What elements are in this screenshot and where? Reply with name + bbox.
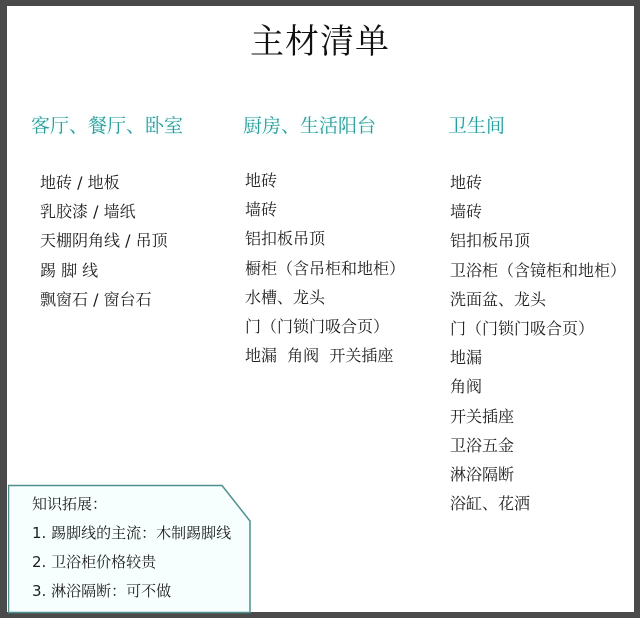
list-item: 开关插座 <box>450 402 626 431</box>
knowledge-callout: 知识拓展： 1. 踢脚线的主流：木制踢脚线 2. 卫浴柜价格较贵 3. 淋浴隔断… <box>8 484 252 612</box>
list-item: 踢 脚 线 <box>40 256 168 285</box>
list-item: 天棚阴角线 / 吊顶 <box>40 226 168 255</box>
list-item: 乳胶漆 / 墙纸 <box>40 197 168 226</box>
list-item: 铝扣板吊顶 <box>450 226 626 255</box>
column-list-kitchen-balcony: 地砖 墙砖 铝扣板吊顶 橱柜（含吊柜和地柜） 水槽、龙头 门（门锁门吸合页） 地… <box>245 166 405 370</box>
list-item: 角阀 <box>450 372 626 401</box>
list-item: 淋浴隔断 <box>450 460 626 489</box>
list-item: 铝扣板吊顶 <box>245 224 405 253</box>
page-title: 主材清单 <box>0 20 640 64</box>
list-item: 卫浴柜（含镜柜和地柜） <box>450 256 626 285</box>
knowledge-item: 2. 卫浴柜价格较贵 <box>32 548 231 577</box>
list-item: 洗面盆、龙头 <box>450 285 626 314</box>
knowledge-item: 3. 淋浴隔断：可不做 <box>32 577 231 606</box>
list-item: 卫浴五金 <box>450 431 626 460</box>
column-heading-living-dining-bedroom: 客厅、餐厅、卧室 <box>31 112 183 140</box>
knowledge-heading: 知识拓展： <box>32 490 231 519</box>
column-heading-kitchen-balcony: 厨房、生活阳台 <box>243 112 376 140</box>
list-item: 飘窗石 / 窗台石 <box>40 285 168 314</box>
list-item: 地砖 <box>245 166 405 195</box>
column-heading-bathroom: 卫生间 <box>448 112 505 140</box>
column-list-bathroom: 地砖 墙砖 铝扣板吊顶 卫浴柜（含镜柜和地柜） 洗面盆、龙头 门（门锁门吸合页）… <box>450 168 626 518</box>
list-item: 浴缸、花洒 <box>450 489 626 518</box>
list-item: 门（门锁门吸合页） <box>245 312 405 341</box>
column-list-living-dining-bedroom: 地砖 / 地板 乳胶漆 / 墙纸 天棚阴角线 / 吊顶 踢 脚 线 飘窗石 / … <box>40 168 168 314</box>
list-item: 门（门锁门吸合页） <box>450 314 626 343</box>
list-item: 墙砖 <box>245 195 405 224</box>
list-item: 橱柜（含吊柜和地柜） <box>245 254 405 283</box>
list-item: 地漏 <box>450 343 626 372</box>
list-item: 地漏 角阀 开关插座 <box>245 341 405 370</box>
list-item: 水槽、龙头 <box>245 283 405 312</box>
list-item: 地砖 / 地板 <box>40 168 168 197</box>
list-item: 地砖 <box>450 168 626 197</box>
knowledge-list: 知识拓展： 1. 踢脚线的主流：木制踢脚线 2. 卫浴柜价格较贵 3. 淋浴隔断… <box>32 490 231 606</box>
list-item: 墙砖 <box>450 197 626 226</box>
knowledge-item: 1. 踢脚线的主流：木制踢脚线 <box>32 519 231 548</box>
